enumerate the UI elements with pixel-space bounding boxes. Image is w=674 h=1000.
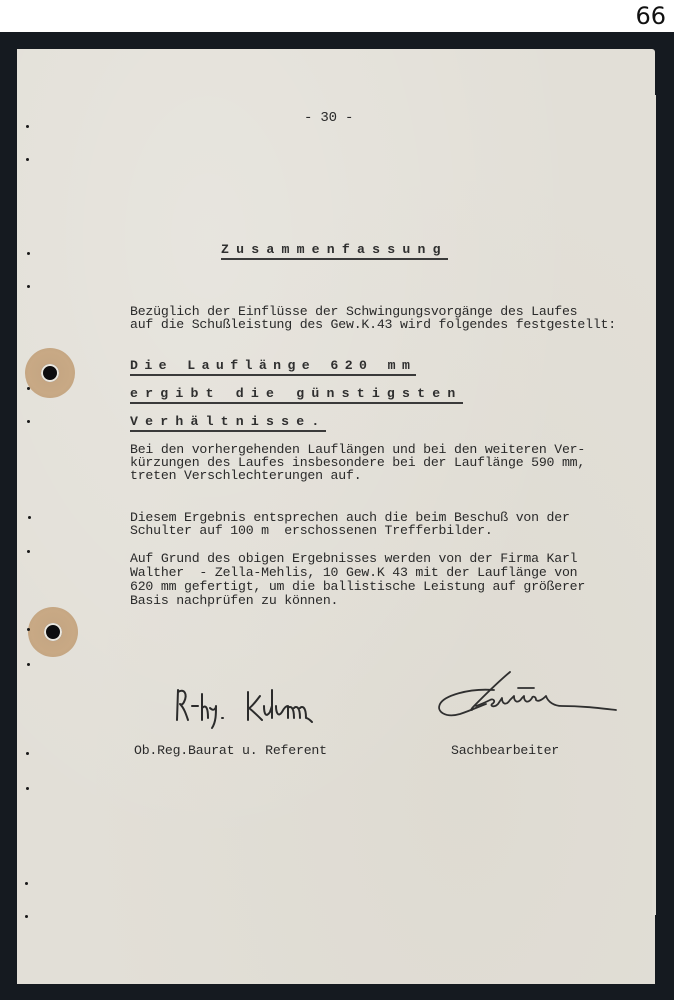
- margin-speck: [27, 550, 30, 553]
- signature-referent: [172, 682, 342, 732]
- paragraph-1-line-3: treten Verschlechterungen auf.: [130, 469, 361, 482]
- margin-speck: [27, 628, 30, 631]
- intro-line-2: auf die Schußleistung des Gew.K.43 wird …: [130, 318, 616, 331]
- paragraph-3-line-4: Basis nachprüfen zu können.: [130, 594, 338, 607]
- margin-speck: [27, 252, 30, 255]
- punch-hole-top: [25, 348, 75, 398]
- margin-speck: [27, 663, 30, 666]
- margin-speck: [27, 387, 30, 390]
- conclusion-line-1: Die Lauflänge 620 mm: [130, 359, 416, 376]
- margin-speck: [25, 915, 28, 918]
- margin-speck: [26, 787, 29, 790]
- margin-speck: [26, 125, 29, 128]
- document-title: Zusammenfassung: [221, 243, 448, 260]
- margin-speck: [27, 420, 30, 423]
- role-sachbearbeiter: Sachbearbeiter: [451, 744, 559, 757]
- conclusion-line-2: ergibt die günstigsten: [130, 387, 463, 404]
- margin-speck: [26, 752, 29, 755]
- viewer-page-index: 66: [635, 2, 666, 30]
- hole-icon: [44, 623, 62, 641]
- margin-speck: [27, 285, 30, 288]
- page-number: - 30 -: [304, 112, 353, 125]
- margin-speck: [28, 516, 31, 519]
- paper-edge: [652, 95, 656, 915]
- role-referent: Ob.Reg.Baurat u. Referent: [134, 744, 327, 757]
- handwritten-signature-icon: [172, 682, 342, 732]
- margin-speck: [25, 882, 28, 885]
- punch-hole-bottom: [28, 607, 78, 657]
- conclusion-line-3: Verhältnisse.: [130, 415, 326, 432]
- signature-sachbearbeiter: [432, 666, 622, 722]
- paragraph-3-line-2: Walther - Zella-Mehlis, 10 Gew.K 43 mit …: [130, 566, 577, 579]
- paragraph-2-line-2: Schulter auf 100 m erschossenen Trefferb…: [130, 524, 493, 537]
- margin-speck: [26, 158, 29, 161]
- hole-icon: [41, 364, 59, 382]
- handwritten-signature-icon: [432, 666, 622, 722]
- paragraph-3-line-3: 620 mm gefertigt, um die ballistische Le…: [130, 580, 585, 593]
- paragraph-3-line-1: Auf Grund des obigen Ergebnisses werden …: [130, 552, 577, 565]
